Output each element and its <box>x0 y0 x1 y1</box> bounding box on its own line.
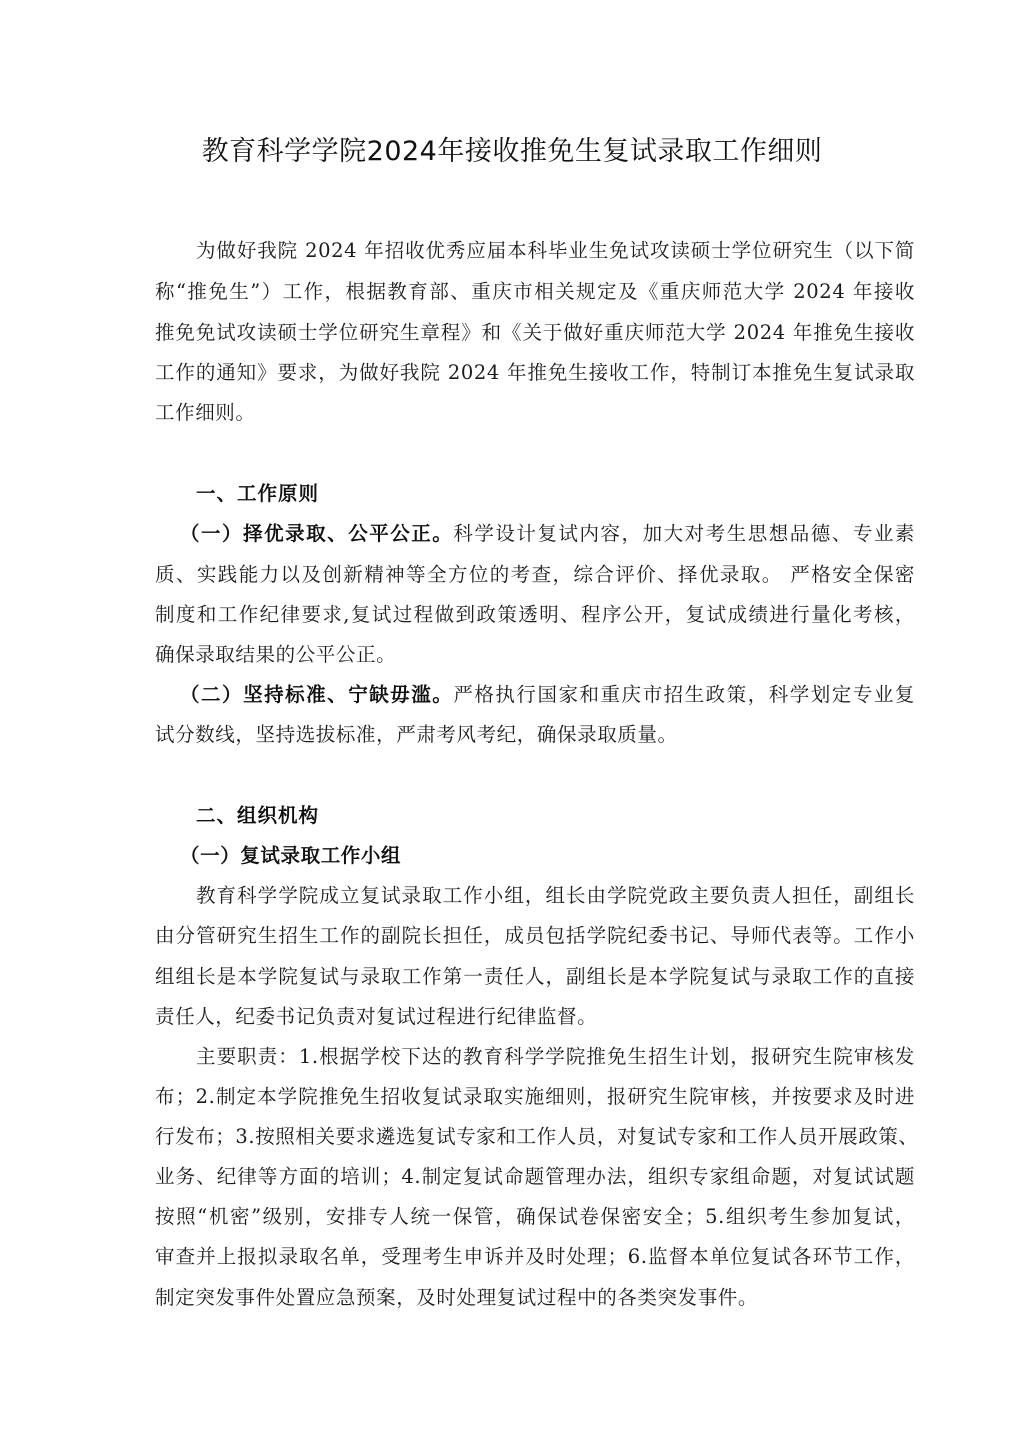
body-line: 制定突发事件处置应急预案，及时处理复试过程中的各类突发事件。 <box>155 1284 915 1312</box>
body-line: 业务、纪律等方面的培训；4.制定复试命题管理办法，组织专家组命题，对复试试题 <box>155 1163 915 1191</box>
body-line: 组组长是本学院复试与录取工作第一责任人，副组长是本学院复试与录取工作的直接 <box>155 963 915 991</box>
intro-line: 推免免试攻读硕士学位研究生章程》和《关于做好重庆师范大学 2024 年推免生接收 <box>155 319 915 347</box>
body-line: 布；2.制定本学院推免生招收复试录取实施细则，报研究生院审核，并按要求及时进 <box>155 1083 915 1111</box>
body-line: 行发布；3.按照相关要求遴选复试专家和工作人员，对复试专家和工作人员开展政策、 <box>155 1123 915 1151</box>
principle-line: 质、实践能力以及创新精神等全方位的考查，综合评价、择优录取。 严格安全保密 <box>155 561 915 589</box>
body-line: 按照“机密”级别，安排专人统一保管，确保试卷保密安全；5.组织考生参加复试， <box>155 1203 915 1231</box>
body-line: 责任人，纪委书记负责对复试过程进行纪律监督。 <box>155 1003 915 1031</box>
document-page: 教育科学学院2024年接收推免生复试录取工作细则 为做好我院 2024 年招收优… <box>0 0 1024 1448</box>
body-line: 主要职责：1.根据学校下达的教育科学学院推免生招生计划，报研究生院审核发 <box>196 1043 915 1071</box>
body-line: 由分管研究生招生工作的副院长担任，成员包括学院纪委书记、导师代表等。工作小 <box>155 922 915 950</box>
principle-label: （二）坚持标准、宁缺毋滥。 <box>180 683 453 706</box>
principle-label: （一）择优录取、公平公正。 <box>180 522 453 545</box>
body-line: 教育科学学院成立复试录取工作小组，组长由学院党政主要负责人担任，副组长 <box>196 882 915 910</box>
subsection-heading: （一）复试录取工作小组 <box>180 842 915 870</box>
section-heading: 一、工作原则 <box>196 480 915 508</box>
section-heading: 二、组织机构 <box>196 802 915 830</box>
intro-line: 工作细则。 <box>155 399 915 427</box>
body-line: 审查并上报拟录取名单，受理考生申诉并及时处理；6.监督本单位复试各环节工作， <box>155 1243 915 1271</box>
document-title: 教育科学学院2024年接收推免生复试录取工作细则 <box>0 132 1024 172</box>
principle-line: 确保录取结果的公平公正。 <box>155 641 915 669</box>
principle-text: 严格执行国家和重庆市招生政策，科学划定专业复 <box>453 683 915 706</box>
principle-line: （二）坚持标准、宁缺毋滥。严格执行国家和重庆市招生政策，科学划定专业复 <box>180 681 915 709</box>
principle-line: （一）择优录取、公平公正。科学设计复试内容，加大对考生思想品德、专业素 <box>180 520 915 548</box>
intro-line: 称“推免生”）工作，根据教育部、重庆市相关规定及《重庆师范大学 2024 年接收 <box>155 278 915 306</box>
principle-text: 科学设计复试内容，加大对考生思想品德、专业素 <box>453 522 915 545</box>
principle-line: 制度和工作纪律要求,复试过程做到政策透明、程序公开，复试成绩进行量化考核， <box>155 601 915 629</box>
intro-line: 工作的通知》要求，为做好我院 2024 年推免生接收工作，特制订本推免生复试录取 <box>155 359 915 387</box>
principle-line: 试分数线，坚持选拔标准，严肃考风考纪，确保录取质量。 <box>155 721 915 749</box>
intro-line: 为做好我院 2024 年招收优秀应届本科毕业生免试攻读硕士学位研究生（以下简 <box>196 237 915 265</box>
